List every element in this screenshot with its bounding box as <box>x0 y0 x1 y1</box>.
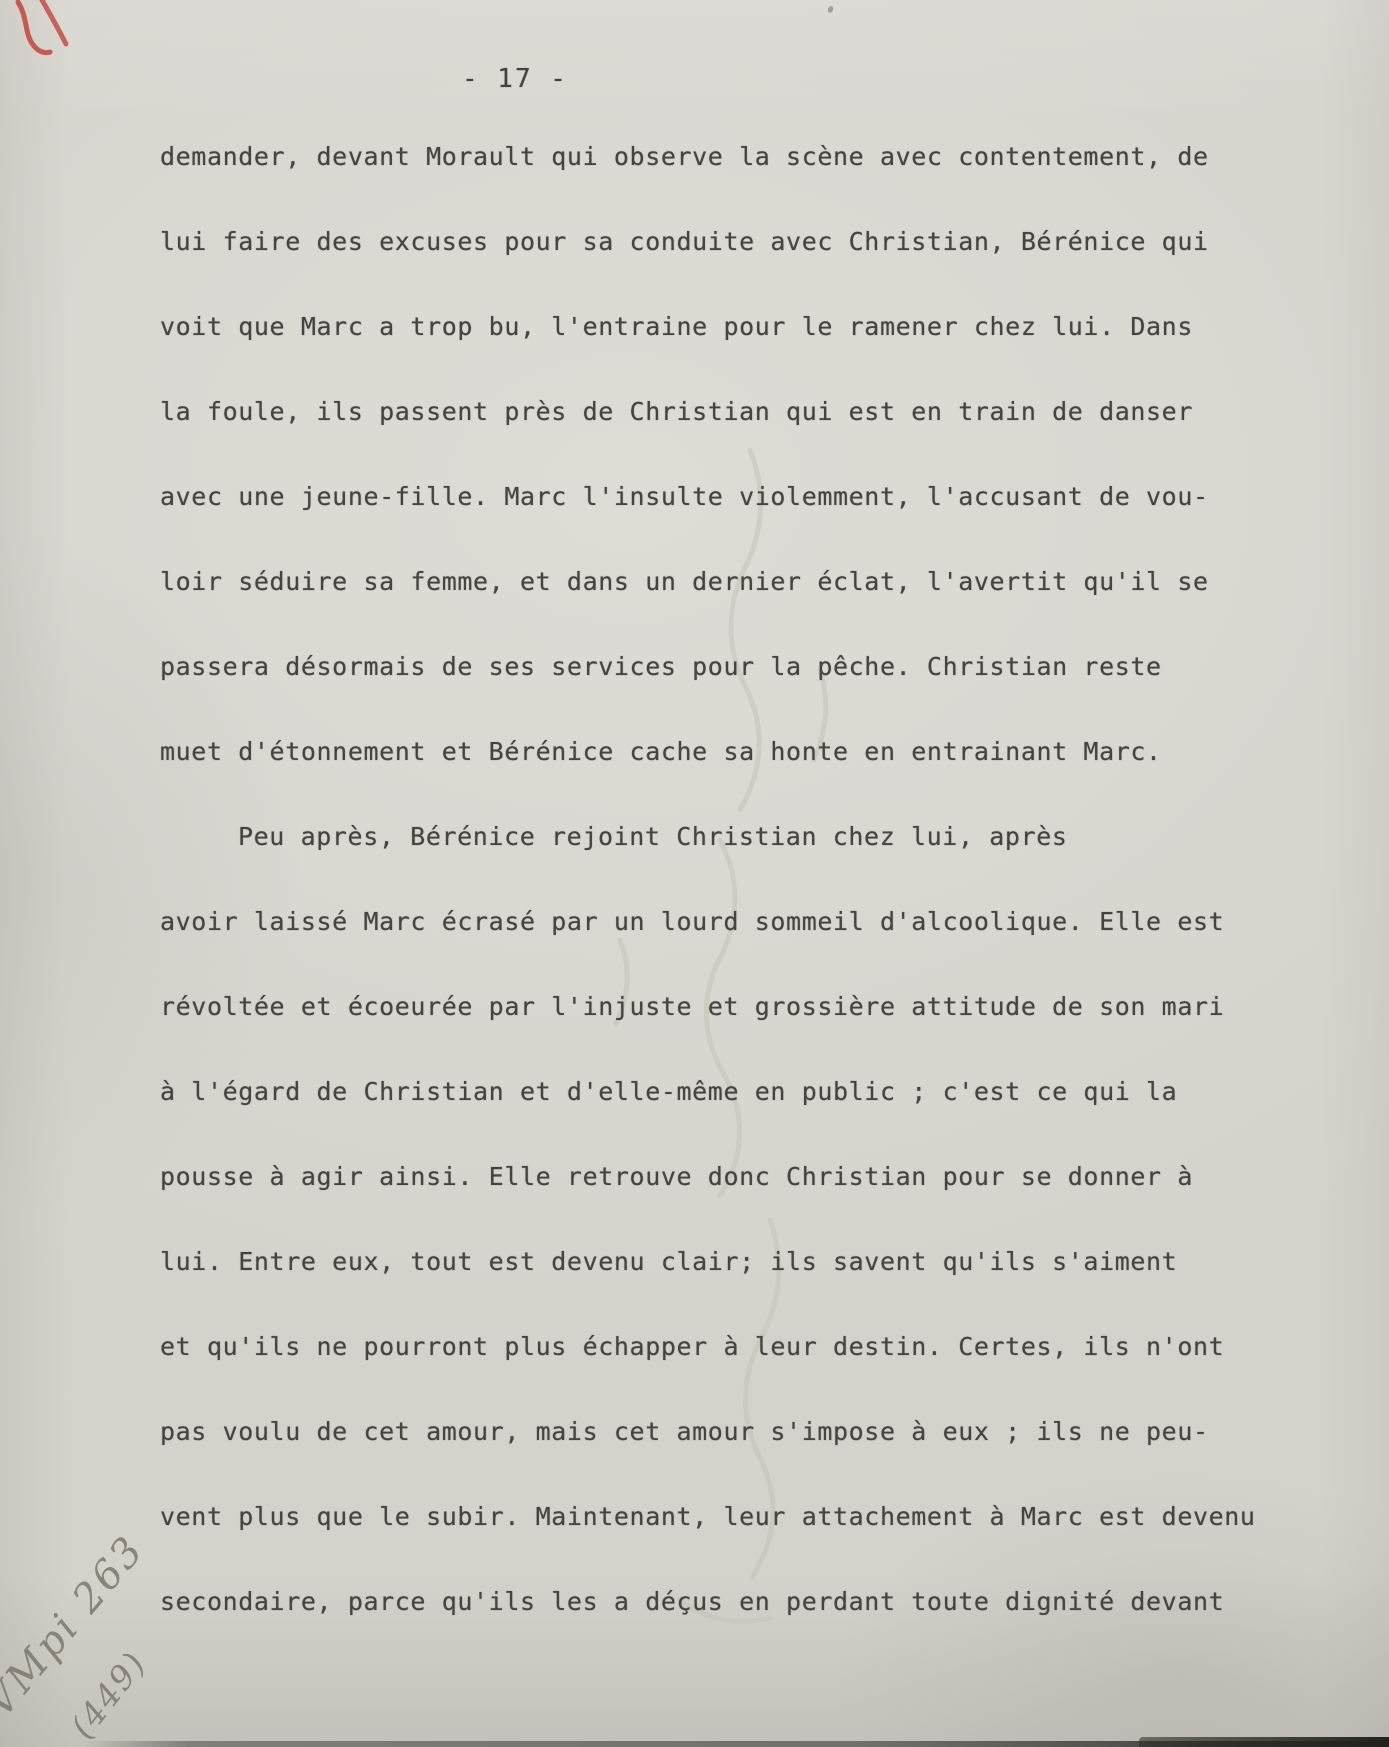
text-line: à l'égard de Christian et d'elle-même en… <box>160 1075 1380 1160</box>
text-line: lui faire des excuses pour sa conduite a… <box>160 225 1380 310</box>
typed-text-block: demander, devant Morault qui observe la … <box>160 140 1380 1670</box>
text-line: voit que Marc a trop bu, l'entraine pour… <box>160 310 1380 395</box>
text-line: pousse à agir ainsi. Elle retrouve donc … <box>160 1160 1380 1245</box>
scan-bottom-right-shadow <box>1139 1737 1389 1747</box>
text-line: demander, devant Morault qui observe la … <box>160 140 1380 225</box>
text-line: pas voulu de cet amour, mais cet amour s… <box>160 1415 1380 1500</box>
text-line: et qu'ils ne pourront plus échapper à le… <box>160 1330 1380 1415</box>
handwritten-note: VMpi 263 <box>0 1527 154 1726</box>
text-line: secondaire, parce qu'ils les a déçus en … <box>160 1585 1380 1670</box>
text-line: lui. Entre eux, tout est devenu clair; i… <box>160 1245 1380 1330</box>
paper-speck <box>827 5 834 13</box>
text-line: vent plus que le subir. Maintenant, leur… <box>160 1500 1380 1585</box>
red-pen-marks <box>4 0 94 64</box>
scanned-page: - 17 - demander, devant Morault qui obse… <box>0 0 1389 1747</box>
handwritten-note-secondary: (449) <box>63 1644 155 1746</box>
page-number: - 17 - <box>462 64 568 94</box>
text-line: avoir laissé Marc écrasé par un lourd so… <box>160 905 1380 990</box>
text-line: muet d'étonnement et Bérénice cache sa h… <box>160 735 1380 820</box>
text-line-paragraph-start: Peu après, Bérénice rejoint Christian ch… <box>160 820 1380 905</box>
text-line: révoltée et écoeurée par l'injuste et gr… <box>160 990 1380 1075</box>
text-line: passera désormais de ses services pour l… <box>160 650 1380 735</box>
text-line: loir séduire sa femme, et dans un dernie… <box>160 565 1380 650</box>
text-line: avec une jeune-fille. Marc l'insulte vio… <box>160 480 1380 565</box>
text-line: la foule, ils passent près de Christian … <box>160 395 1380 480</box>
